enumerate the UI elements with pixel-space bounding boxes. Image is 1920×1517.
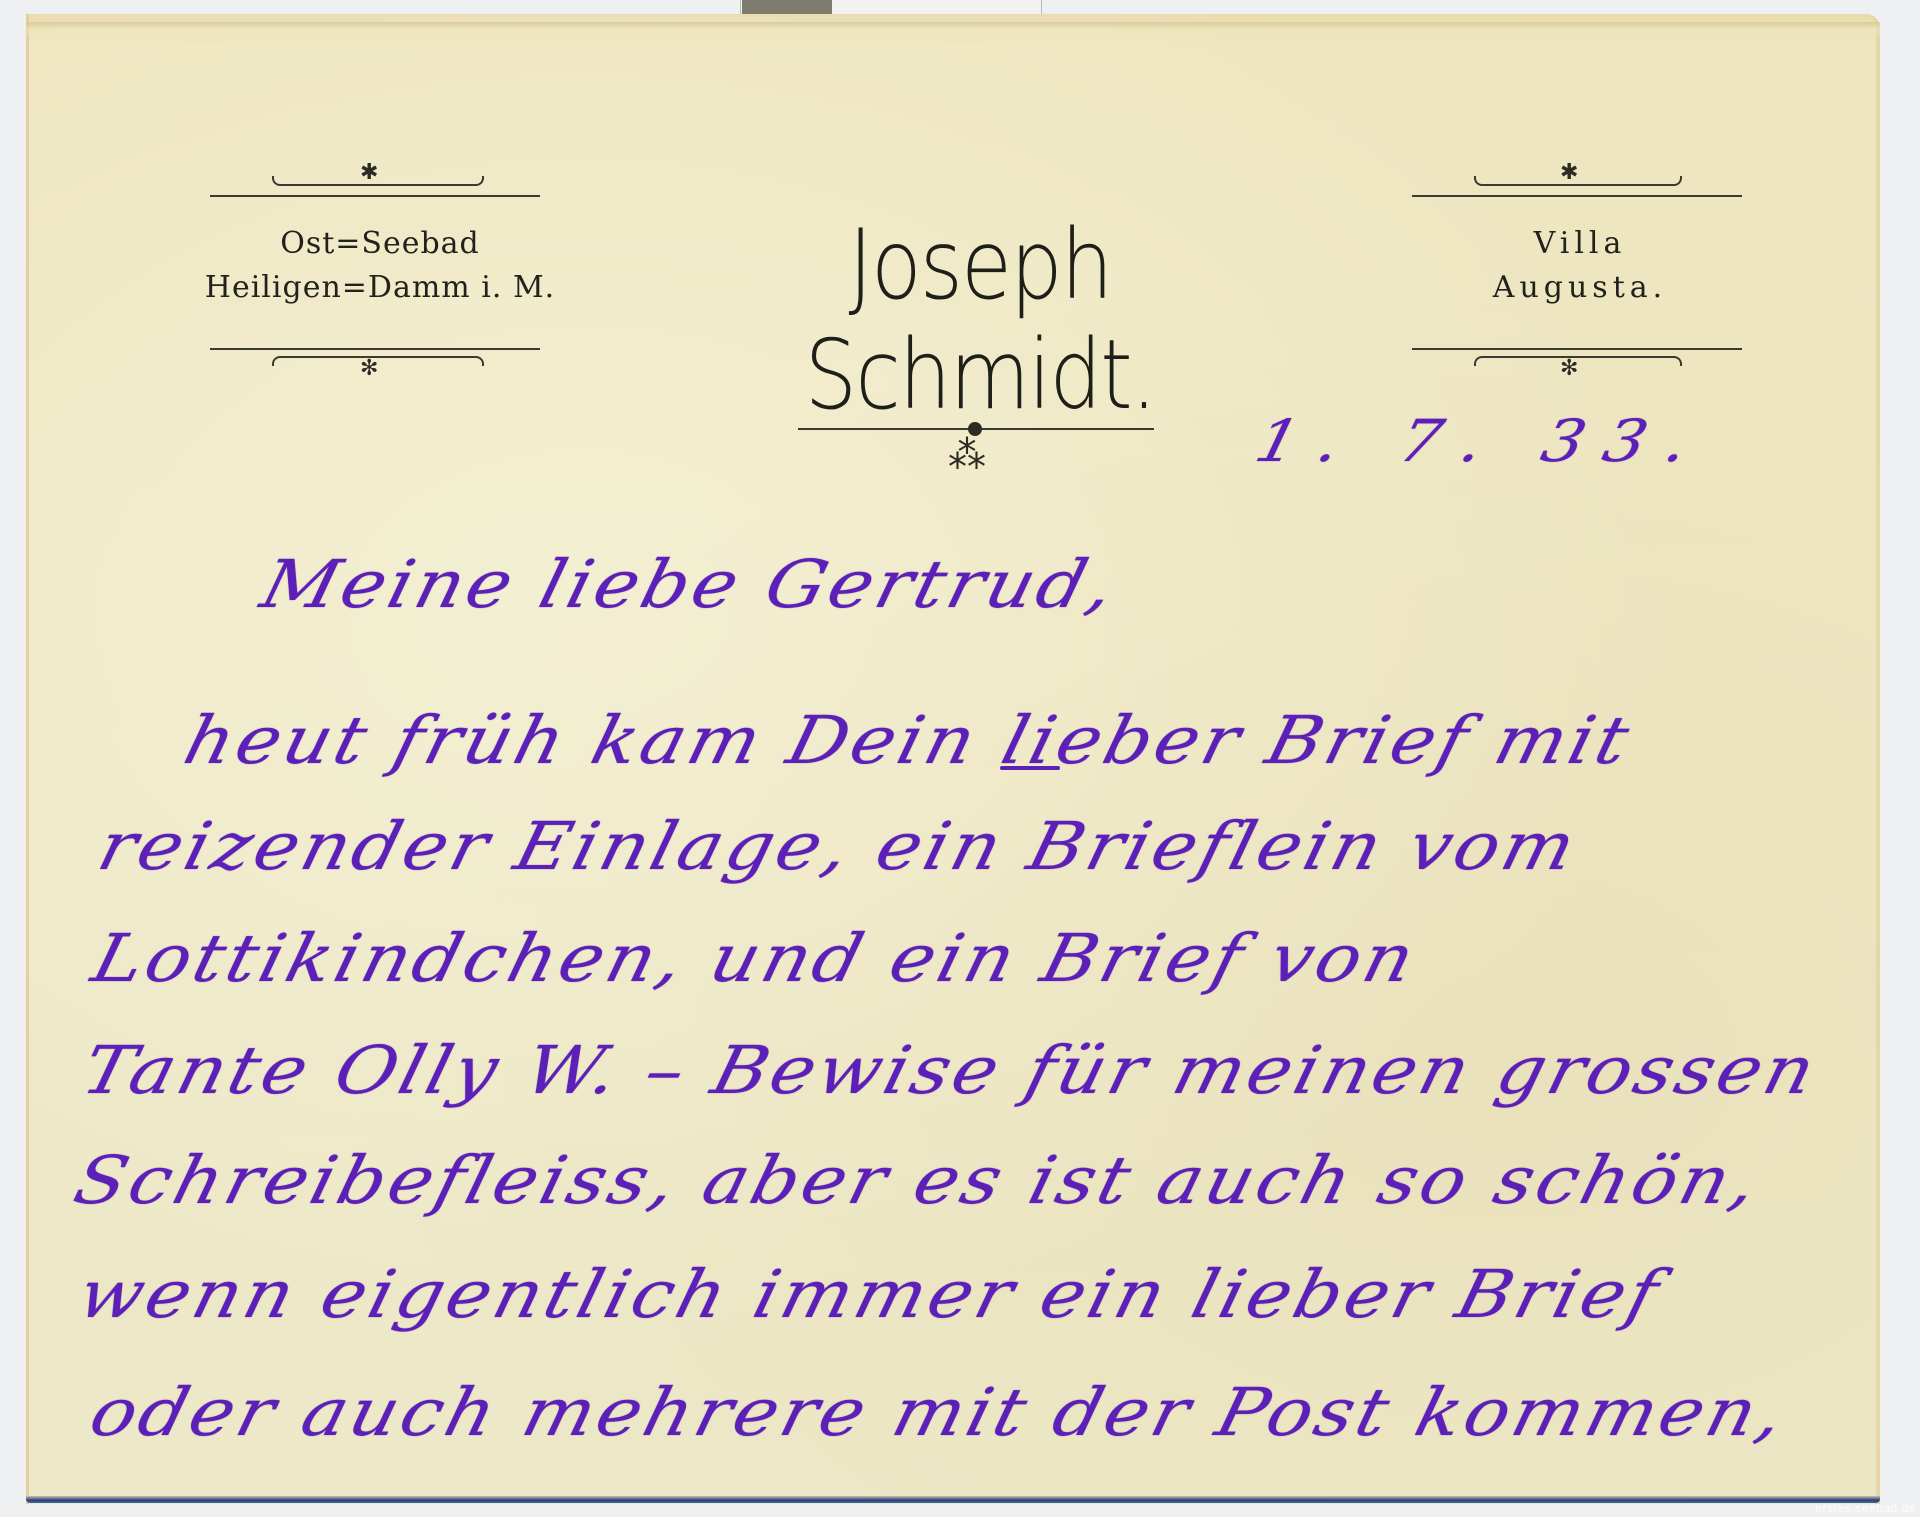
- underline-mark: [1000, 766, 1060, 770]
- watermark-text: erstes-seebad.de: [1815, 1501, 1916, 1515]
- fleuron-icon: ✻: [1560, 358, 1578, 380]
- letter-line-3: Lottikindchen, und ein Brief von: [86, 926, 1424, 992]
- ornament-curl: [1474, 176, 1682, 186]
- letterhead-location-line1: Ost=Seebad: [160, 222, 600, 266]
- paper-bottom-edge: [26, 1496, 1880, 1503]
- letter-line-2: reizender Einlage, ein Brieflein vom: [92, 814, 1585, 880]
- letter-salutation: Meine liebe Gertrud,: [255, 552, 1124, 618]
- letter-line-7: oder auch mehrere mit der Post kommen,: [84, 1380, 1793, 1446]
- letterhead-name: Joseph Schmidt.: [696, 210, 1264, 430]
- letterhead-villa-line1: Villa: [1410, 222, 1750, 266]
- ornament-rule: [1412, 348, 1742, 350]
- fleuron-icon: ✻: [360, 358, 378, 380]
- ornament-rule: [1412, 195, 1742, 197]
- letter-line-5: Schreibefleiss, aber es ist auch so schö…: [68, 1148, 1767, 1214]
- ornament-curl: [272, 176, 484, 186]
- letterhead-villa: Villa Augusta.: [1410, 222, 1750, 310]
- letter-line-1: heut früh kam Dein lieber Brief mit: [178, 708, 1638, 774]
- paper-tab-dark: [742, 0, 832, 14]
- letterhead-location-line2: Heiligen=Damm i. M.: [160, 266, 600, 310]
- sunburst-ornament-icon: ⁂: [948, 436, 986, 474]
- letter-line-4: Tante Olly W. – Bewise für meinen grosse…: [76, 1038, 1824, 1104]
- letter-line-6: wenn eigentlich immer ein lieber Brief: [72, 1262, 1668, 1328]
- paper-top-fold: [26, 22, 1880, 38]
- letterhead-location: Ost=Seebad Heiligen=Damm i. M.: [160, 222, 600, 310]
- letterhead-villa-line2: Augusta.: [1410, 266, 1750, 310]
- ornament-rule: [210, 348, 540, 350]
- letter-date: 1. 7. 33.: [1250, 412, 1714, 470]
- ornament-rule: [210, 195, 540, 197]
